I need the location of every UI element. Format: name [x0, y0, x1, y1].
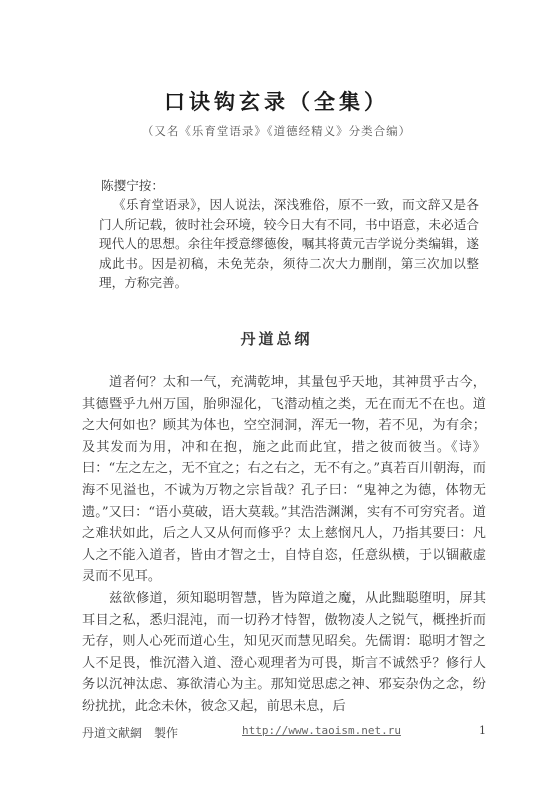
section-heading: 丹道总纲	[0, 328, 553, 349]
page-footer: 丹道文献網 製作 http://www.taoism.net.ru 1	[82, 724, 486, 744]
footer-url-link[interactable]: http://www.taoism.net.ru	[242, 724, 401, 737]
paragraph: 兹欲修道，须知聪明智慧，皆为障道之魔，从此黜聪堕明，屏其耳目之私，悉归混沌，而一…	[82, 588, 486, 718]
document-subtitle: （又名《乐育堂语录》《道德经精义》分类合编）	[0, 123, 553, 139]
preface-note: 陈撄宁按： 《乐育堂语录》，因人说法，深浅雅俗，原不一致，而文辞又是各门人所记载…	[99, 176, 479, 292]
footer-publisher: 丹道文献網 製作	[82, 724, 178, 741]
preface-text: 《乐育堂语录》，因人说法，深浅雅俗，原不一致，而文辞又是各门人所记载，彼时社会环…	[99, 195, 479, 292]
preface-author: 陈撄宁按：	[99, 176, 479, 195]
paragraph: 道者何？太和一气，充满乾坤，其量包乎天地，其神贯乎古今，其德暨乎九州万国，胎卵湿…	[82, 372, 486, 588]
page-number: 1	[479, 724, 486, 737]
document-page: 口诀钩玄录（全集） （又名《乐育堂语录》《道德经精义》分类合编） 陈撄宁按： 《…	[0, 0, 553, 800]
document-title: 口诀钩玄录（全集）	[0, 86, 553, 116]
body-text: 道者何？太和一气，充满乾坤，其量包乎天地，其神贯乎古今，其德暨乎九州万国，胎卵湿…	[82, 372, 486, 718]
